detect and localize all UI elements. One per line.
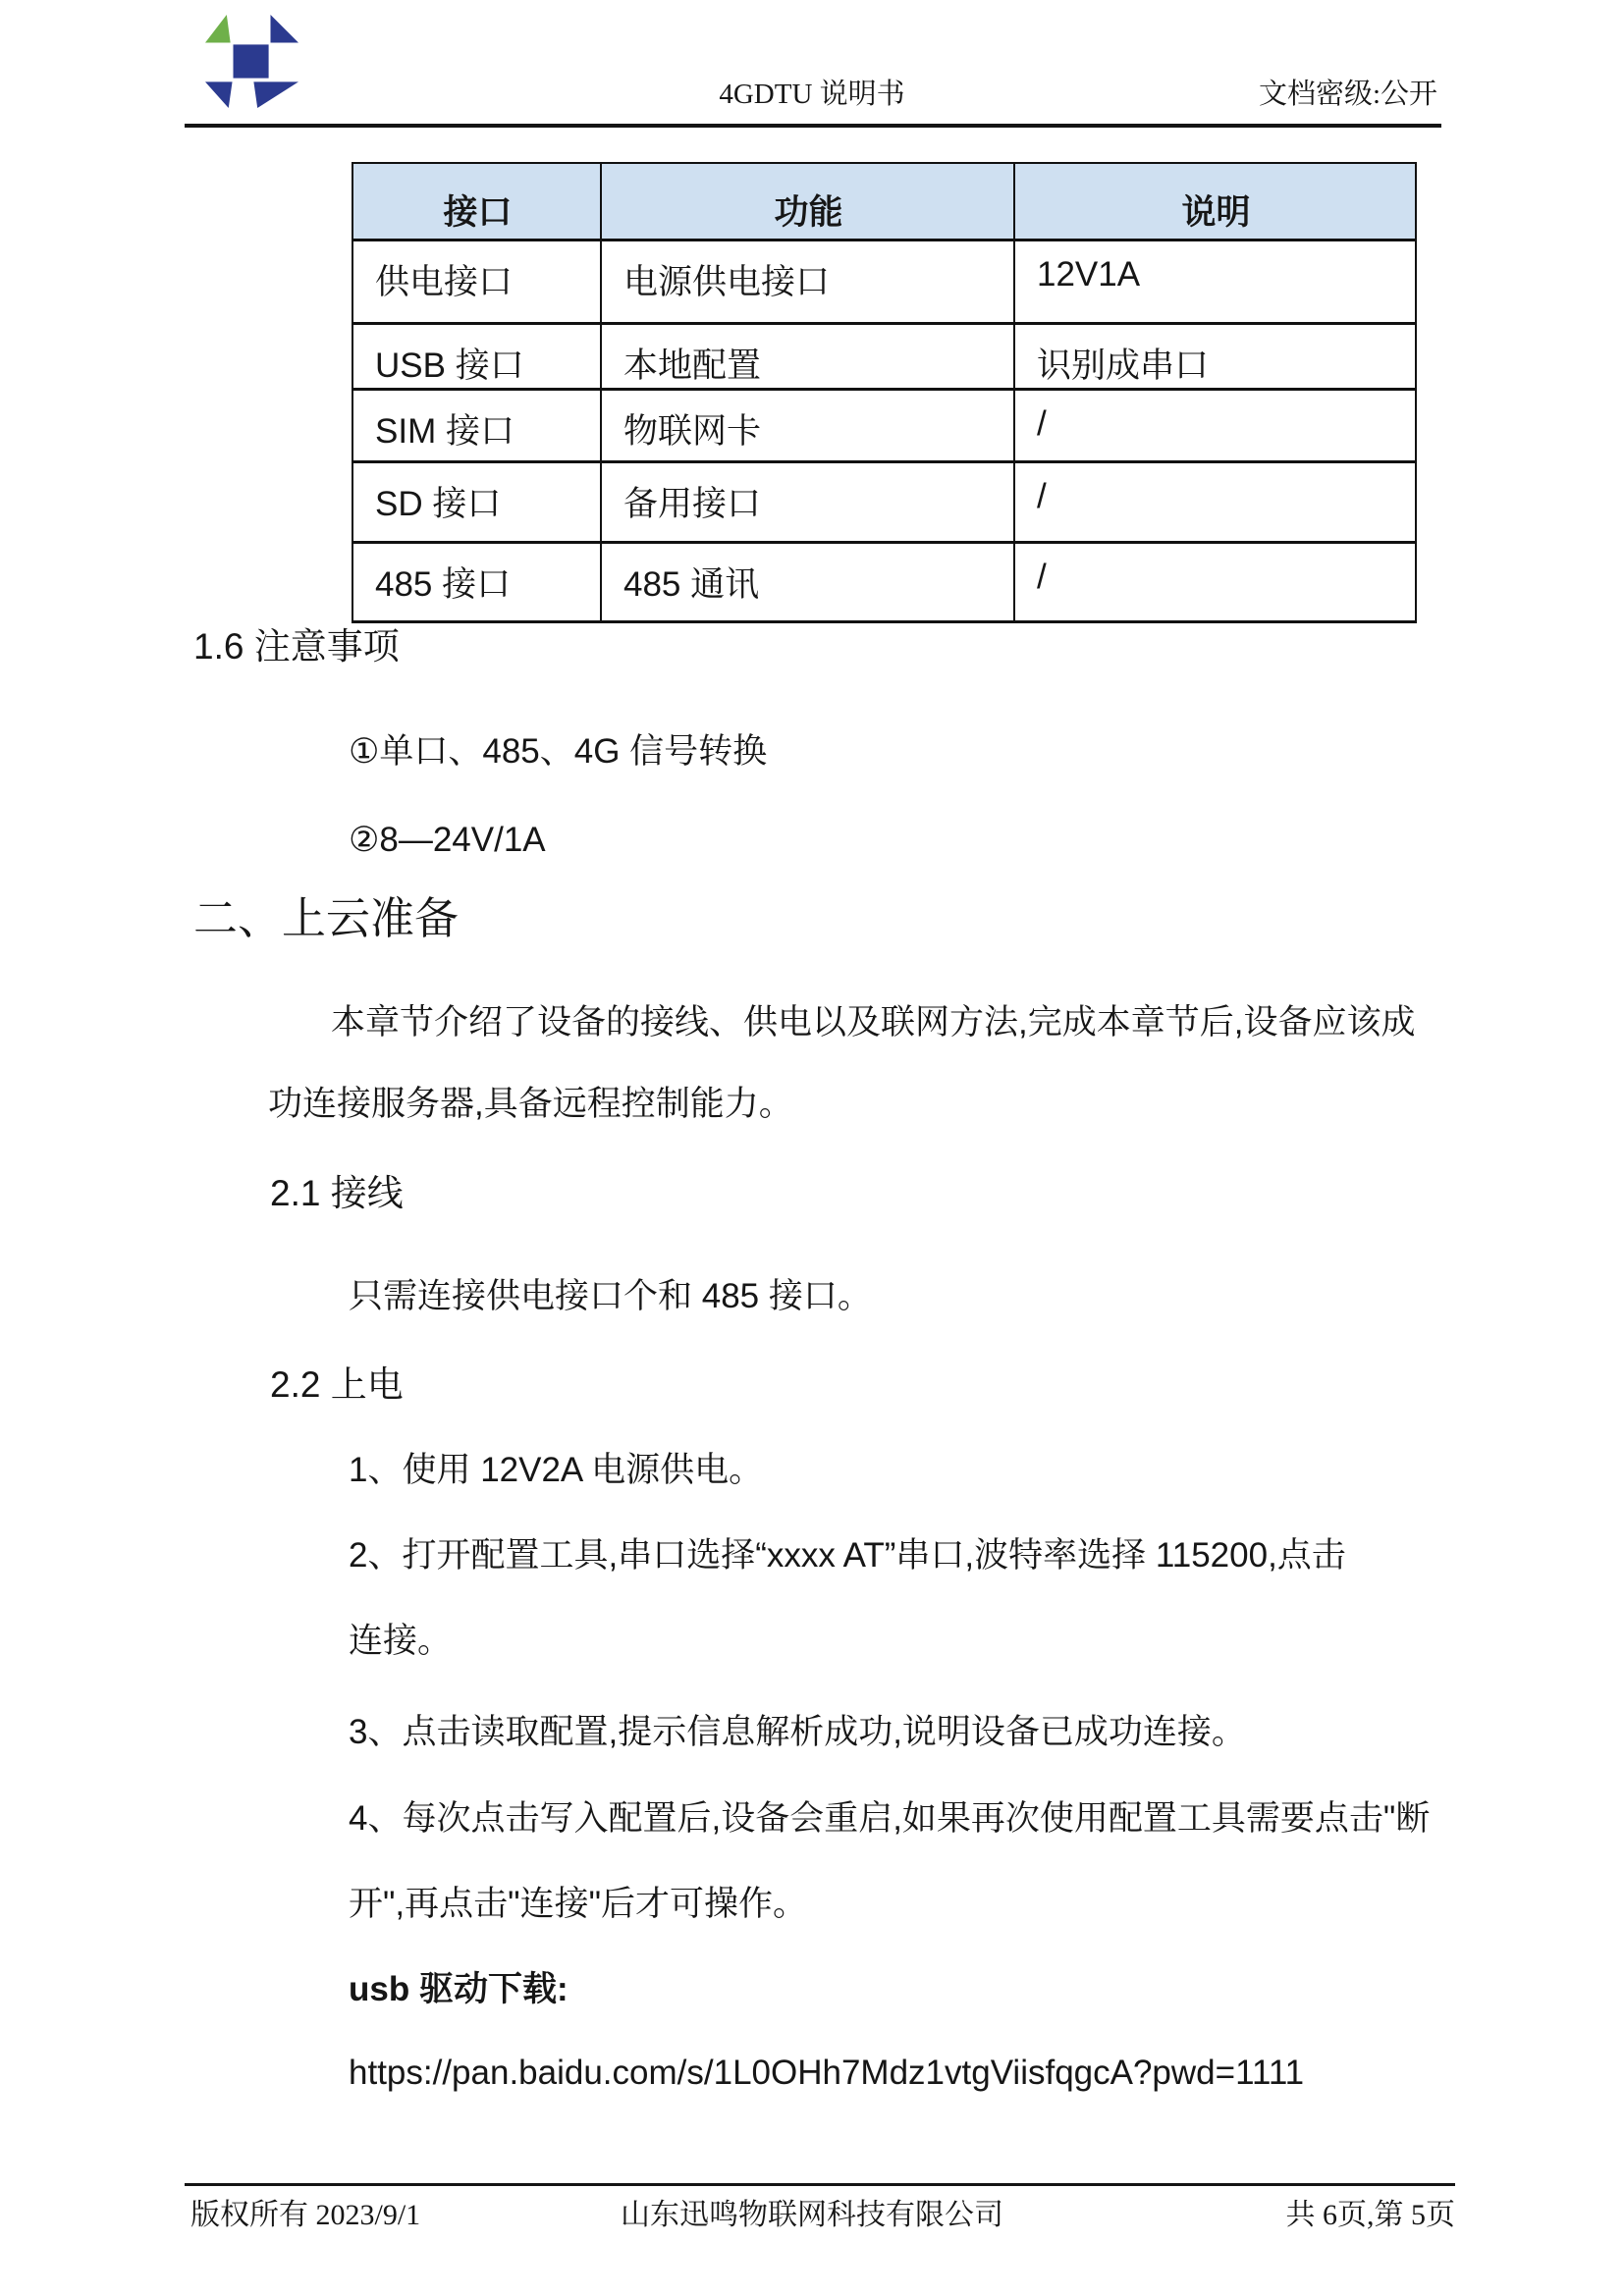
step-2-line-2: 连接。 (349, 1622, 452, 1661)
cell-port: SIM 接口 (352, 389, 601, 461)
table-row: 供电接口 电源供电接口 12V1A (352, 240, 1416, 323)
step-2-line-1: 2、打开配置工具,串口选择“xxxx AT”串口,波特率选择 115200,点击 (349, 1536, 1346, 1575)
step-3: 3、点击读取配置,提示信息解析成功,说明设备已成功连接。 (349, 1713, 1246, 1752)
header-rule (185, 124, 1441, 128)
cell-port: 供电接口 (352, 240, 601, 323)
chapter-2-paragraph-line-2: 功连接服务器,具备远程控制能力。 (268, 1085, 793, 1124)
section-2-2-heading: 2.2 上电 (270, 1364, 404, 1407)
chapter-2-heading: 二、上云准备 (193, 893, 459, 944)
document-page: 4GDTU 说明书 文档密级:公开 接口 功能 说明 供电接口 电源供电接口 1… (0, 0, 1624, 2296)
note-item-2: ②8—24V/1A (349, 821, 546, 860)
header-doc-title: 4GDTU 说明书 (719, 79, 904, 111)
cell-function: 电源供电接口 (601, 240, 1014, 323)
footer-copyright: 版权所有 2023/9/1 (190, 2199, 420, 2233)
table-row: USB 接口 本地配置 识别成串口 (352, 323, 1416, 389)
usb-driver-download-url: https://pan.baidu.com/s/1L0OHh7Mdz1vtgVi… (349, 2054, 1304, 2093)
cell-port: USB 接口 (352, 323, 601, 389)
cell-function: 备用接口 (601, 461, 1014, 542)
col-header-function: 功能 (601, 163, 1014, 240)
cell-function: 物联网卡 (601, 389, 1014, 461)
cell-function: 485 通讯 (601, 542, 1014, 621)
table-header-row: 接口 功能 说明 (352, 163, 1416, 240)
step-1: 1、使用 12V2A 电源供电。 (349, 1451, 763, 1490)
section-1-6-heading: 1.6 注意事项 (193, 626, 400, 668)
footer-page-number: 共 6页,第 5页 (1286, 2199, 1456, 2233)
note-item-1: ①单口、485、4G 信号转换 (349, 732, 767, 772)
step-4-line-1: 4、每次点击写入配置后,设备会重启,如果再次使用配置工具需要点击"断 (349, 1799, 1430, 1839)
cell-port: 485 接口 (352, 542, 601, 621)
xunming-logo-icon (204, 15, 299, 108)
cell-function: 本地配置 (601, 323, 1014, 389)
header-security-level: 文档密级:公开 (1259, 79, 1437, 111)
section-2-1-body: 只需连接供电接口个和 485 接口。 (349, 1277, 872, 1316)
col-header-description: 说明 (1014, 163, 1416, 240)
col-header-port: 接口 (352, 163, 601, 240)
usb-driver-download-label: usb 驱动下载: (349, 1970, 568, 2009)
interface-table: 接口 功能 说明 供电接口 电源供电接口 12V1A USB 接口 本地配置 识… (352, 162, 1417, 623)
cell-description: / (1014, 389, 1416, 461)
table-row: SD 接口 备用接口 / (352, 461, 1416, 542)
table-row: 485 接口 485 通讯 / (352, 542, 1416, 621)
cell-description: / (1014, 542, 1416, 621)
section-2-1-heading: 2.1 接线 (270, 1173, 404, 1215)
cell-port: SD 接口 (352, 461, 601, 542)
cell-description: 12V1A (1014, 240, 1416, 323)
chapter-2-paragraph-line-1: 本章节介绍了设备的接线、供电以及联网方法,完成本章节后,设备应该成 (331, 1003, 1415, 1042)
footer-company: 山东迅鸣物联网科技有限公司 (621, 2199, 1003, 2233)
step-4-line-2: 开",再点击"连接"后才可操作。 (349, 1885, 807, 1924)
cell-description: / (1014, 461, 1416, 542)
footer-rule (185, 2183, 1455, 2186)
cell-description: 识别成串口 (1014, 323, 1416, 389)
table-row: SIM 接口 物联网卡 / (352, 389, 1416, 461)
